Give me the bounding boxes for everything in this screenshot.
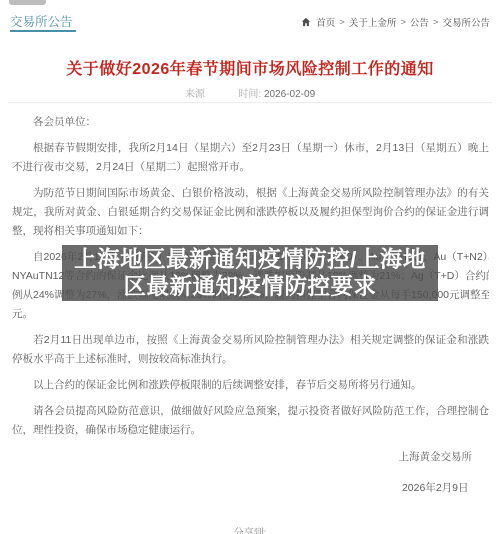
home-icon — [301, 17, 311, 27]
signature-block: 上海黄金交易所 2026年2月9日 — [399, 448, 473, 498]
breadcrumb-separator: > — [339, 17, 345, 28]
breadcrumb-separator: > — [400, 17, 406, 28]
meta-divider — [8, 102, 492, 103]
paragraph-followup-notice: 以上合约的保证金比例和涨跌停板限制的后续调整安排，春节后交易所将另行通知。 — [12, 376, 489, 395]
spam-overlay-text: 上海地区最新通知疫情防控/上海地区最新通知疫情防控要求 — [68, 246, 432, 300]
meta-time-value: 2026-02-09 — [264, 89, 315, 100]
section-tab-exchange-announcements[interactable]: 交易所公告 — [10, 12, 73, 30]
top-edge-artifact — [9, 0, 46, 5]
article-title: 关于做好2026年春节期间市场风险控制工作的通知 — [0, 56, 500, 79]
section-tab-underline — [10, 30, 76, 32]
meta-source-label: 来源 — [185, 89, 205, 100]
signature-date: 2026年2月9日 — [399, 479, 473, 498]
margin-adjustment-line: 元。 — [12, 305, 489, 324]
breadcrumb-announcements[interactable]: 公告 — [410, 15, 429, 29]
paragraph-purpose: 为防范节日期间国际市场黄金、白银价格波动，根据《上海黄金交易所风险控制管理办法》… — [12, 184, 489, 241]
signature-organization: 上海黄金交易所 — [399, 448, 473, 467]
breadcrumb-separator: > — [433, 17, 439, 28]
share-row: 分享到: — [0, 524, 500, 534]
announcement-page: 交易所公告 首页 > 关于上金所 > 公告 > 交易所公告 关于做好2026年春… — [0, 0, 500, 534]
paragraph-risk-advice: 请各会员提高风险防范意识，做细做好风险应急预案，提示投资者做好风险防范工作，合理… — [12, 402, 489, 440]
section-header: 交易所公告 首页 > 关于上金所 > 公告 > 交易所公告 — [0, 10, 500, 36]
article-meta: 来源 时间: 2026-02-09 — [0, 85, 500, 100]
meta-time-label: 时间: — [238, 89, 261, 100]
paragraph-greeting: 各会员单位： — [12, 113, 489, 132]
paragraph-holiday-schedule: 根据春节假期安排，我所2月14日（星期六）至2月23日（星期一）休市，2月13日… — [12, 139, 489, 177]
breadcrumb-home[interactable]: 首页 — [316, 15, 335, 29]
paragraph-one-sided-market: 若2月11日出现单边市，按照《上海黄金交易所风险控制管理办法》相关规定调整的保证… — [12, 331, 489, 369]
breadcrumb-exchange-announcements[interactable]: 交易所公告 — [442, 15, 490, 29]
breadcrumb: 首页 > 关于上金所 > 公告 > 交易所公告 — [301, 15, 490, 29]
share-label[interactable]: 分享到: — [234, 528, 267, 534]
breadcrumb-about-sge[interactable]: 关于上金所 — [349, 15, 397, 29]
spam-text-overlay: 上海地区最新通知疫情防控/上海地区最新通知疫情防控要求 — [62, 245, 438, 301]
